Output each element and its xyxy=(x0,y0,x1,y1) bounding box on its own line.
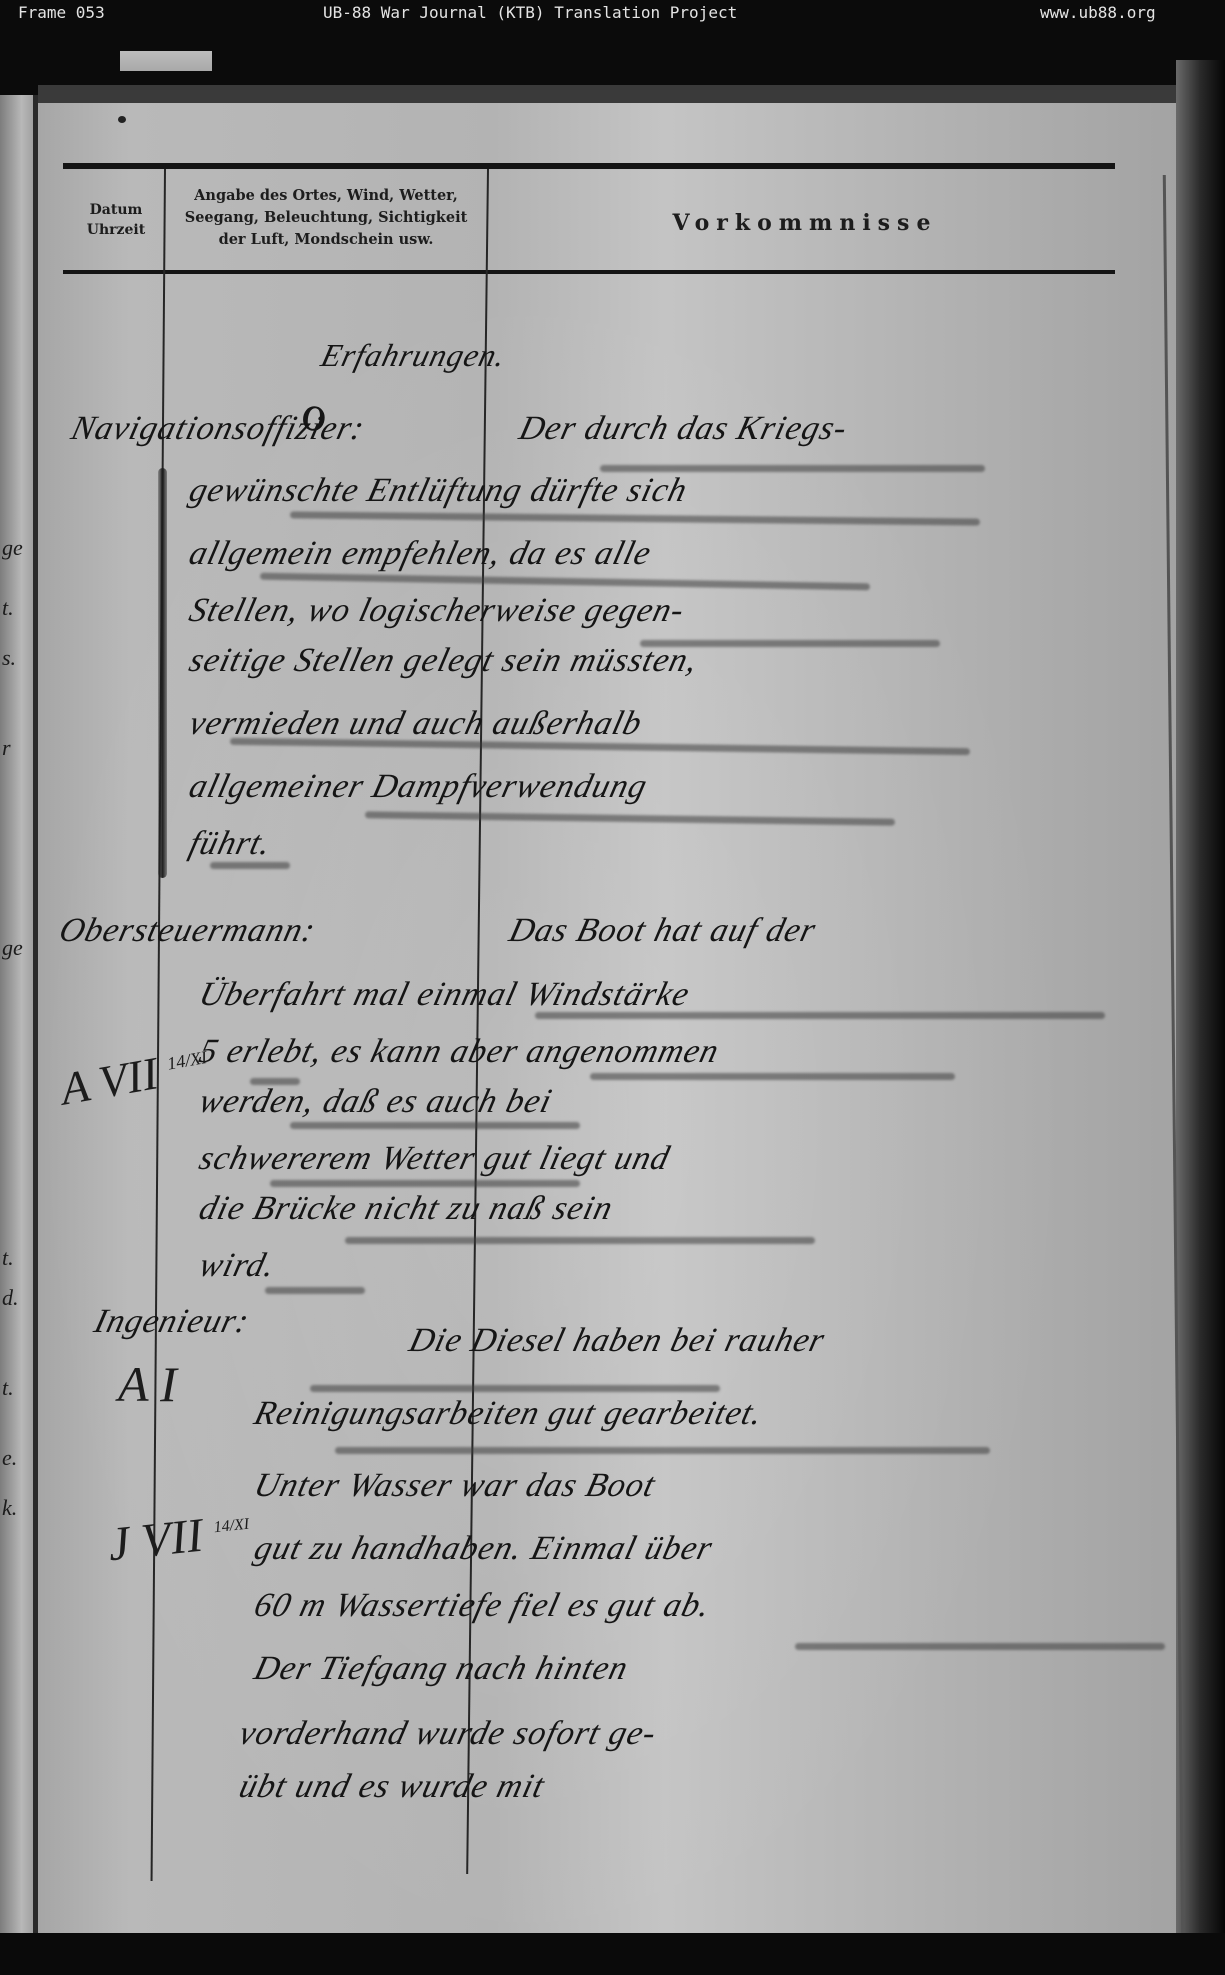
adjacent-text-fragment: k. xyxy=(2,1495,17,1521)
project-title: UB-88 War Journal (KTB) Translation Proj… xyxy=(323,3,737,22)
adjacent-text-fragment: e. xyxy=(2,1445,17,1471)
header-date-label: Datum xyxy=(72,200,160,220)
margin-annotation-mark: J VII xyxy=(106,1509,206,1572)
entry-line: vorderhand wurde sofort ge- xyxy=(235,1715,660,1753)
section-heading-navigation: Navigationsoffizier: xyxy=(67,410,368,448)
entry-line: gewünschte Entlüftung dürfte sich xyxy=(185,472,691,510)
ink-spot xyxy=(118,116,126,123)
entry-line: Überfahrt mal einmal Windstärke xyxy=(195,976,694,1014)
pencil-underline xyxy=(795,1643,1165,1650)
margin-annotation-date: 14/XI xyxy=(166,1047,209,1074)
page-tab-strip xyxy=(120,51,212,71)
pencil-underline xyxy=(250,1078,300,1085)
entry-line: Stellen, wo logischerweise gegen- xyxy=(185,592,688,630)
margin-annotation: A I xyxy=(118,1355,177,1413)
entry-line: 5 erlebt, es kann aber angenommen xyxy=(195,1033,723,1071)
entry-line: gut zu handhaben. Einmal über xyxy=(250,1530,716,1568)
header-location-weather: Angabe des Ortes, Wind, Wetter, Seegang,… xyxy=(168,185,484,251)
entry-line: allgemeiner Dampfverwendung xyxy=(185,768,651,806)
adjacent-text-fragment: d. xyxy=(2,1285,19,1311)
pencil-underline xyxy=(345,1237,815,1244)
pencil-underline xyxy=(590,1073,955,1080)
bottom-shadow xyxy=(0,1933,1225,1975)
entry-line: Unter Wasser war das Boot xyxy=(250,1467,659,1505)
header-location-line: Seegang, Beleuchtung, Sichtigkeit xyxy=(168,207,484,229)
section-heading-navigator: Obersteuermann: xyxy=(55,912,319,950)
entry-line: schwererem Wetter gut liegt und xyxy=(195,1140,674,1178)
header-date-time: Datum Uhrzeit xyxy=(72,200,160,240)
header-bottom-rule xyxy=(63,270,1115,274)
entry-line: seitige Stellen gelegt sein müssten, xyxy=(185,642,702,680)
pencil-underline xyxy=(310,1385,720,1392)
entry-title: Erfahrungen. xyxy=(317,337,510,374)
adjacent-text-fragment: ge xyxy=(2,935,23,961)
entry-line: übt und es wurde mit xyxy=(235,1768,548,1806)
entry-line: die Brücke nicht zu naß sein xyxy=(195,1190,617,1228)
entry-line: führt. xyxy=(185,825,275,863)
entry-line: Reinigungsarbeiten gut gearbeitet. xyxy=(250,1395,767,1433)
entry-line: allgemein empfehlen, da es alle xyxy=(185,535,655,573)
header-top-rule xyxy=(63,163,1115,169)
pencil-underline xyxy=(290,1122,580,1129)
header-location-line: Angabe des Ortes, Wind, Wetter, xyxy=(168,185,484,207)
adjacent-text-fragment: t. xyxy=(2,1245,14,1271)
margin-annotation-date: 14/XI xyxy=(213,1516,250,1537)
frame-banner: Frame 053 UB-88 War Journal (KTB) Transl… xyxy=(0,0,1225,32)
entry-line: Die Diesel haben bei rauher xyxy=(405,1322,829,1360)
pencil-underline xyxy=(270,1180,580,1187)
frame-number: Frame 053 xyxy=(18,3,105,22)
entry-line: werden, daß es auch bei xyxy=(195,1083,556,1121)
header-location-line: der Luft, Mondschein usw. xyxy=(168,229,484,251)
page-edge-shadow xyxy=(1176,60,1225,1960)
pencil-underline xyxy=(600,465,985,472)
pencil-underline xyxy=(535,1012,1105,1019)
adjacent-page: ge t. s. r ge t. d. t. e. k. xyxy=(0,95,36,1935)
entry-line: Das Boot hat auf der xyxy=(505,912,820,950)
adjacent-text-fragment: ge xyxy=(2,535,23,561)
adjacent-text-fragment: r xyxy=(2,735,11,761)
entry-line: 60 m Wassertiefe fiel es gut ab. xyxy=(250,1587,714,1625)
margin-bracket xyxy=(158,468,167,878)
adjacent-text-fragment: s. xyxy=(2,645,16,671)
entry-line: Der Tiefgang nach hinten xyxy=(250,1650,632,1688)
adjacent-text-fragment: t. xyxy=(2,1375,14,1401)
entry-line: wird. xyxy=(195,1247,279,1285)
header-time-label: Uhrzeit xyxy=(72,220,160,240)
pencil-underline xyxy=(640,640,940,647)
website-link[interactable]: www.ub88.org xyxy=(1040,3,1156,22)
adjacent-text-fragment: t. xyxy=(2,595,14,621)
pencil-underline xyxy=(210,862,290,869)
section-heading-engineer: Ingenieur: xyxy=(90,1303,253,1341)
pencil-underline xyxy=(335,1447,990,1454)
entry-line: Der durch das Kriegs- xyxy=(515,410,851,448)
header-events: Vorkommnisse xyxy=(490,210,1120,236)
pencil-underline xyxy=(265,1287,365,1294)
